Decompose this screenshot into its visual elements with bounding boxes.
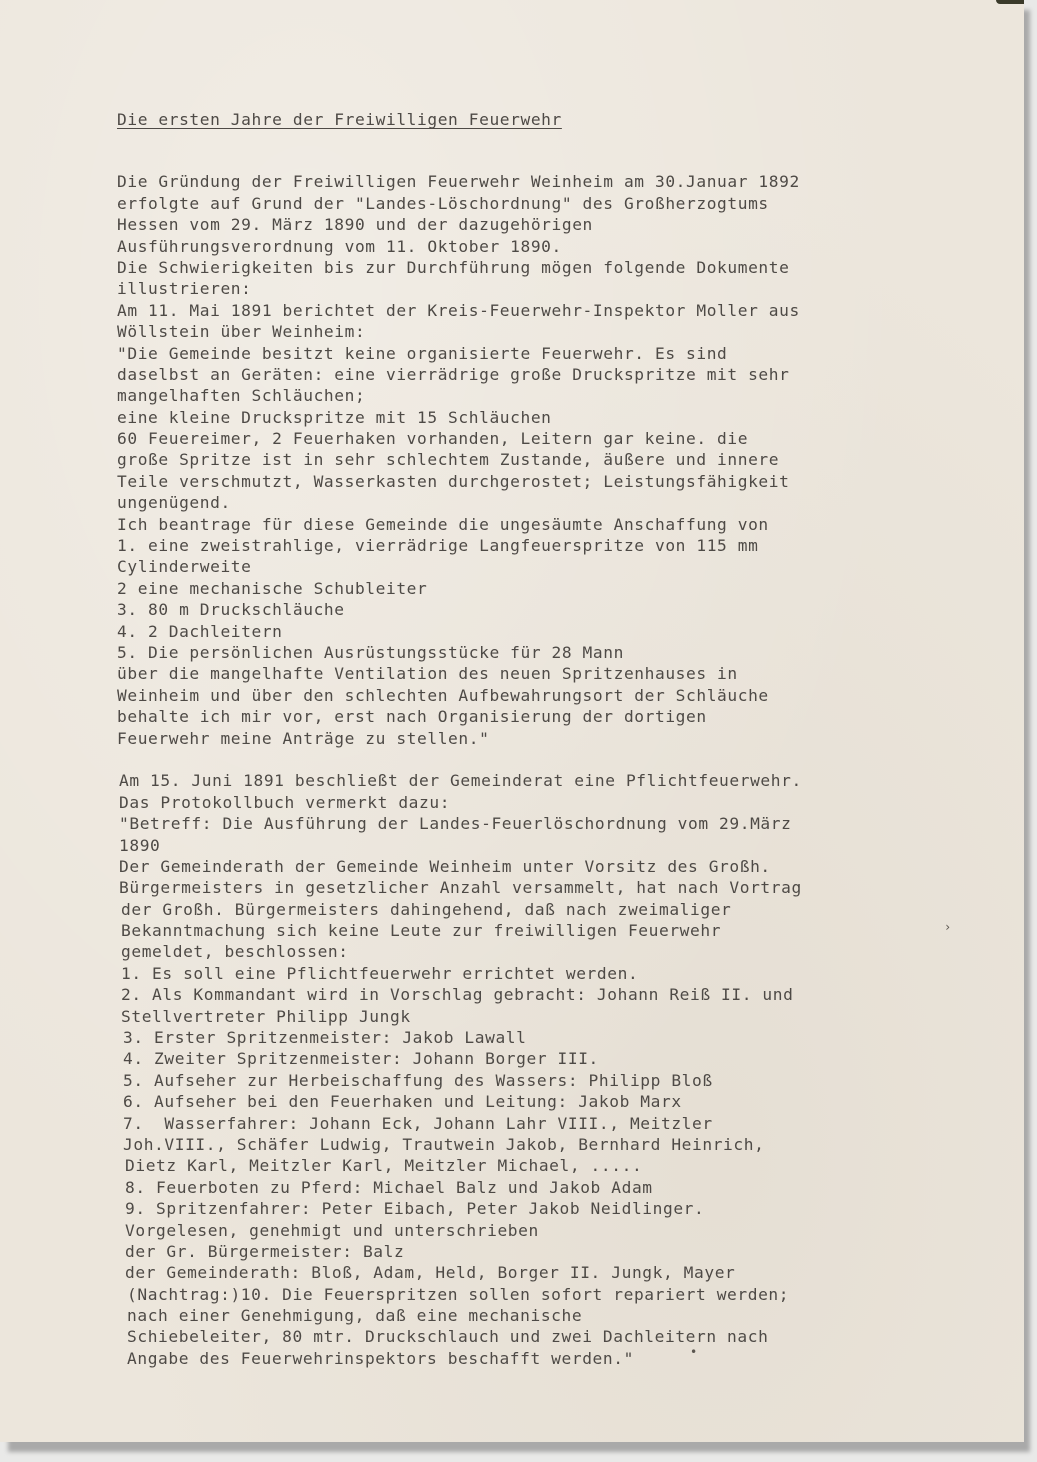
text-line: 60 Feuereimer, 2 Feuerhaken vorhanden, L… <box>117 428 977 449</box>
text-line: 6. Aufseher bei den Feuerhaken und Leitu… <box>117 1091 977 1112</box>
text-line: der Gr. Bürgermeister: Balz <box>117 1241 977 1262</box>
text-line: Dietz Karl, Meitzler Karl, Meitzler Mich… <box>117 1155 977 1176</box>
text-line: 2. Als Kommandant wird in Vorschlag gebr… <box>117 984 977 1005</box>
text-line: Die Gründung der Freiwilligen Feuerwehr … <box>117 171 977 192</box>
text-line: 1. eine zweistrahlige, vierrädrige Langf… <box>117 535 977 556</box>
text-line: Feuerwehr meine Anträge zu stellen." <box>117 728 977 749</box>
text-line: 9. Spritzenfahrer: Peter Eibach, Peter J… <box>117 1198 977 1219</box>
text-line: Wöllstein über Weinheim: <box>117 321 977 342</box>
stray-mark: › <box>944 920 951 934</box>
text-line: illustrieren: <box>117 278 977 299</box>
text-line: daselbst an Geräten: eine vierrädrige gr… <box>117 364 977 385</box>
text-line: Der Gemeinderath der Gemeinde Weinheim u… <box>117 856 977 877</box>
text-line: Das Protokollbuch vermerkt dazu: <box>117 792 977 813</box>
text-line: Stellvertreter Philipp Jungk <box>117 1006 977 1027</box>
text-line: Ich beantrage für diese Gemeinde die ung… <box>117 514 977 535</box>
staple-mark <box>996 0 1024 4</box>
document-page: Die ersten Jahre der Freiwilligen Feuerw… <box>0 0 1024 1442</box>
text-line: große Spritze ist in sehr schlechtem Zus… <box>117 449 977 470</box>
text-line: 3. 80 m Druckschläuche <box>117 599 977 620</box>
text-line: Cylinderweite <box>117 556 977 577</box>
text-line: 5. Aufseher zur Herbeischaffung des Wass… <box>117 1070 977 1091</box>
text-line: mangelhaften Schläuchen; <box>117 385 977 406</box>
text-line: 2 eine mechanische Schubleiter <box>117 578 977 599</box>
text-line: Hessen vom 29. März 1890 und der dazugeh… <box>117 214 977 235</box>
text-line: 7. Wasserfahrer: Johann Eck, Johann Lahr… <box>117 1113 977 1134</box>
text-line: Teile verschmutzt, Wasserkasten durchger… <box>117 471 977 492</box>
text-line: 5. Die persönlichen Ausrüstungsstücke fü… <box>117 642 977 663</box>
text-line: ungenügend. <box>117 492 977 513</box>
text-line: Weinheim und über den schlechten Aufbewa… <box>117 685 977 706</box>
text-line: über die mangelhafte Ventilation des neu… <box>117 663 977 684</box>
text-line: 4. 2 Dachleitern <box>117 621 977 642</box>
text-line: Angabe des Feuerwehrinspektors beschafft… <box>117 1348 977 1369</box>
text-line: eine kleine Druckspritze mit 15 Schläuch… <box>117 407 977 428</box>
stray-dot: • <box>690 1345 697 1359</box>
section-founding-report: Die Gründung der Freiwilligen Feuerwehr … <box>117 171 977 749</box>
text-line: Ausführungsverordnung vom 11. Oktober 18… <box>117 236 977 257</box>
text-line: 4. Zweiter Spritzenmeister: Johann Borge… <box>117 1048 977 1069</box>
text-line: Am 11. Mai 1891 berichtet der Kreis-Feue… <box>117 300 977 321</box>
text-line: 1. Es soll eine Pflichtfeuerwehr erricht… <box>117 963 977 984</box>
section-council-protocol: Am 15. Juni 1891 beschließt der Gemeinde… <box>117 770 977 1369</box>
text-line: 3. Erster Spritzenmeister: Jakob Lawall <box>117 1027 977 1048</box>
text-line: der Gemeinderath: Bloß, Adam, Held, Borg… <box>117 1262 977 1283</box>
text-line: 8. Feuerboten zu Pferd: Michael Balz und… <box>117 1177 977 1198</box>
text-line: Bekanntmachung sich keine Leute zur frei… <box>117 920 977 941</box>
text-line: der Großh. Bürgermeisters dahingehend, d… <box>117 899 977 920</box>
document-body: Die Gründung der Freiwilligen Feuerwehr … <box>117 150 977 1369</box>
text-line: "Betreff: Die Ausführung der Landes-Feue… <box>117 813 977 834</box>
text-line: (Nachtrag:)10. Die Feuerspritzen sollen … <box>117 1284 977 1305</box>
text-line: nach einer Genehmigung, daß eine mechani… <box>117 1305 977 1326</box>
text-line: Am 15. Juni 1891 beschließt der Gemeinde… <box>117 770 977 791</box>
text-line: Joh.VIII., Schäfer Ludwig, Trautwein Jak… <box>117 1134 977 1155</box>
text-line: erfolgte auf Grund der "Landes-Löschordn… <box>117 193 977 214</box>
text-line: Die Schwierigkeiten bis zur Durchführung… <box>117 257 977 278</box>
text-line: Bürgermeisters in gesetzlicher Anzahl ve… <box>117 877 977 898</box>
text-line: behalte ich mir vor, erst nach Organisie… <box>117 706 977 727</box>
text-line: "Die Gemeinde besitzt keine organisierte… <box>117 343 977 364</box>
text-line: 1890 <box>117 835 977 856</box>
text-line: gemeldet, beschlossen: <box>117 941 977 962</box>
text-line: Vorgelesen, genehmigt und unterschrieben <box>117 1220 977 1241</box>
page-title: Die ersten Jahre der Freiwilligen Feuerw… <box>117 110 562 129</box>
text-line: Schiebeleiter, 80 mtr. Druckschlauch und… <box>117 1326 977 1347</box>
